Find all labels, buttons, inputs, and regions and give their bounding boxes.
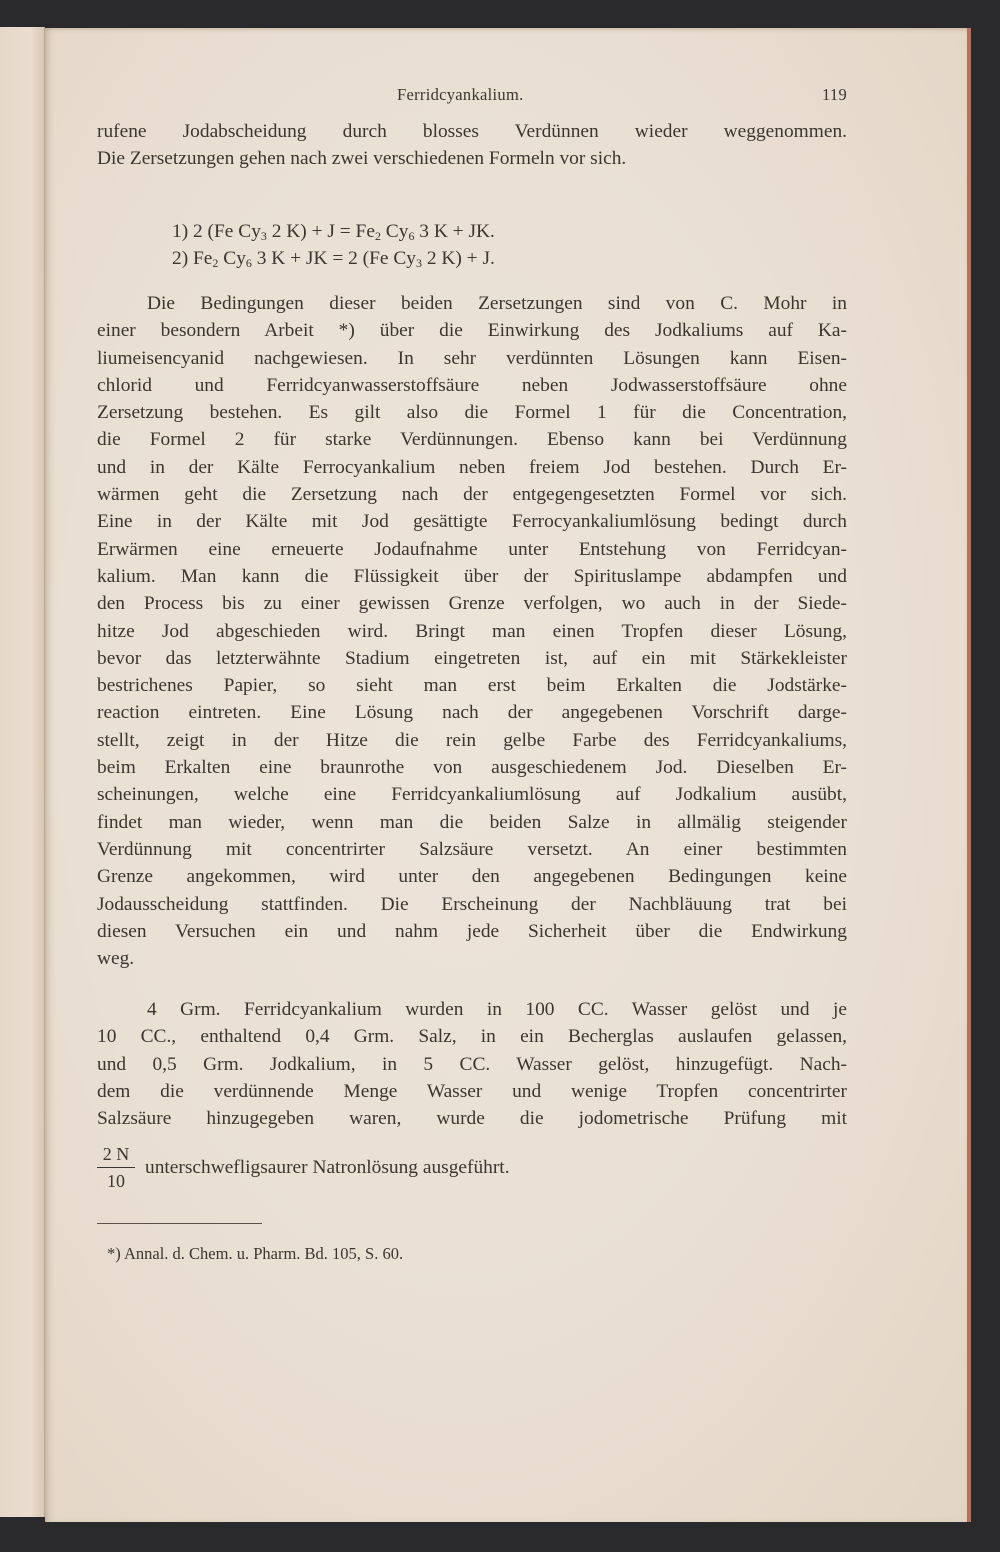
running-head: Ferridcyankalium. 119 <box>97 85 847 107</box>
fraction-bar <box>97 1167 135 1168</box>
footnote: *) Annal. d. Chem. u. Pharm. Bd. 105, S.… <box>107 1244 403 1264</box>
formula-label: 1) <box>172 221 188 242</box>
text-line: kalium. Man kann die Flüssigkeit über de… <box>97 563 847 590</box>
text-line: weg. <box>97 945 847 972</box>
formula-2: 2) Fe2 Cy6 3 K + JK = 2 (Fe Cy3 2 K) + J… <box>172 246 495 271</box>
scanned-book-spread: Ferridcyankalium. 119 rufene Jodabscheid… <box>0 0 1000 1552</box>
text-line: den Process bis zu einer gewissen Grenze… <box>97 590 847 617</box>
text-line: Salzsäure hinzugegeben waren, wurde die … <box>97 1105 847 1132</box>
text-line: die Formel 2 für starke Verdünnungen. Eb… <box>97 426 847 453</box>
text-line: Zersetzung bestehen. Es gilt also die Fo… <box>97 399 847 426</box>
formula-text: Fe2 Cy6 3 K + JK = 2 (Fe Cy3 2 K) + J. <box>193 248 495 269</box>
formula-label: 2) <box>172 248 188 269</box>
paragraph-mohr: Die Bedingungen dieser beiden Zersetzung… <box>97 290 847 972</box>
text-line: wärmen geht die Zersetzung nach der entg… <box>97 481 847 508</box>
text-line: hitze Jod abgeschieden wird. Bringt man … <box>97 618 847 645</box>
formula-text: 2 (Fe Cy3 2 K) + J = Fe2 Cy6 3 K + JK. <box>193 221 495 242</box>
text-line: Die Zersetzungen gehen nach zwei verschi… <box>97 145 847 172</box>
text-line: chlorid und Ferridcyanwasserstoffsäure n… <box>97 372 847 399</box>
book-page: Ferridcyankalium. 119 rufene Jodabscheid… <box>45 28 971 1522</box>
paragraph-experiment: 4 Grm. Ferridcyankalium wurden in 100 CC… <box>97 996 847 1132</box>
text-line: 10 CC., enthaltend 0,4 Grm. Salz, in ein… <box>97 1023 847 1050</box>
fraction-denominator: 10 <box>97 1170 135 1192</box>
text-line: stellt, zeigt in der Hitze die rein gelb… <box>97 727 847 754</box>
page-number: 119 <box>822 85 847 105</box>
text-line: Eine in der Kälte mit Jod gesättigte Fer… <box>97 508 847 535</box>
text-line: Verdünnung mit concentrirter Salzsäure v… <box>97 836 847 863</box>
text-line: einer besondern Arbeit *) über die Einwi… <box>97 317 847 344</box>
text-line: Grenze angekommen, wird unter den angege… <box>97 863 847 890</box>
text-line: Erwärmen eine erneuerte Jodaufnahme unte… <box>97 536 847 563</box>
text-line: 4 Grm. Ferridcyankalium wurden in 100 CC… <box>97 996 847 1023</box>
text-line: diesen Versuchen ein und nahm jede Siche… <box>97 918 847 945</box>
left-page-edge <box>0 27 45 1517</box>
text-line: Jodausscheidung stattfinden. Die Erschei… <box>97 891 847 918</box>
text-line: Die Bedingungen dieser beiden Zersetzung… <box>97 290 847 317</box>
footnote-divider <box>97 1223 262 1224</box>
running-head-title: Ferridcyankalium. <box>397 85 524 105</box>
text-line: und 0,5 Grm. Jodkalium, in 5 CC. Wasser … <box>97 1051 847 1078</box>
text-line: beim Erkalten eine braunrothe von ausges… <box>97 754 847 781</box>
text-line: und in der Kälte Ferrocyankalium neben f… <box>97 454 847 481</box>
text-line: dem die verdünnende Menge Wasser und wen… <box>97 1078 847 1105</box>
text-line: liumeisencyanid nachgewiesen. In sehr ve… <box>97 345 847 372</box>
text-line: findet man wieder, wenn man die beiden S… <box>97 809 847 836</box>
text-line: rufene Jodabscheidung durch blosses Verd… <box>97 118 847 145</box>
formula-1: 1) 2 (Fe Cy3 2 K) + J = Fe2 Cy6 3 K + JK… <box>172 219 495 244</box>
fraction-2n-over-10: 2 N 10 <box>97 1143 135 1192</box>
fraction-trailing-text: unterschwefligsaurer Natronlösung ausgef… <box>145 1154 510 1181</box>
text-line: scheinungen, welche eine Ferridcyankaliu… <box>97 781 847 808</box>
paragraph-continuation: rufene Jodabscheidung durch blosses Verd… <box>97 118 847 173</box>
text-line: bestrichenes Papier, so sieht man erst b… <box>97 672 847 699</box>
text-line: reaction eintreten. Eine Lösung nach der… <box>97 699 847 726</box>
fraction-numerator: 2 N <box>97 1143 135 1165</box>
text-line: bevor das letzterwähnte Stadium eingetre… <box>97 645 847 672</box>
